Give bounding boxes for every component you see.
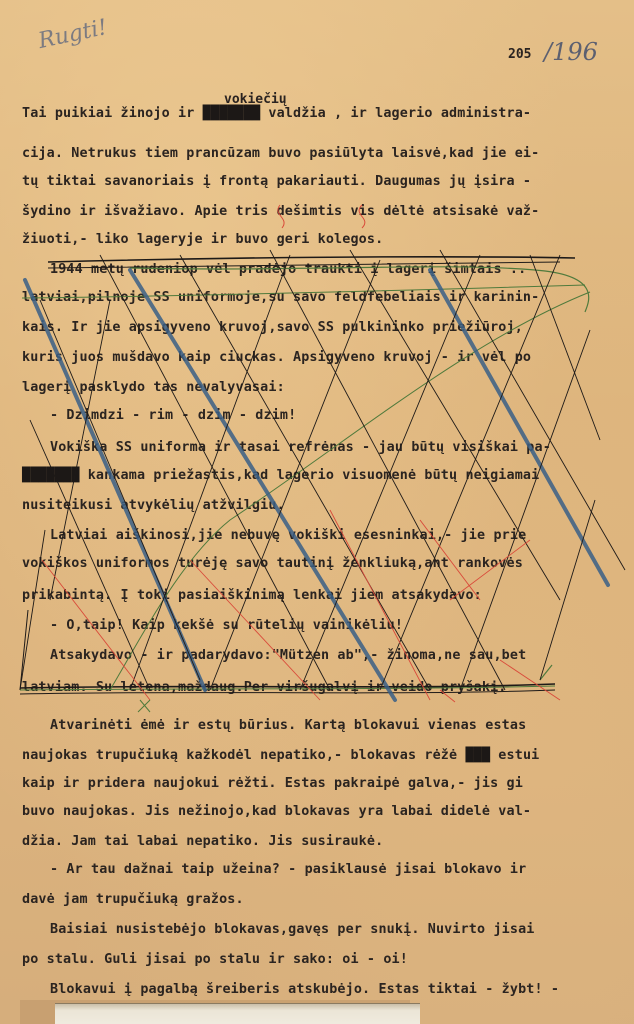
line-text: naujokas trupučiuką kažkodėl nepatiko,- …	[22, 748, 465, 763]
typed-line: džia. Jam tai labai nepatiko. Jis susira…	[22, 834, 383, 849]
typed-line: Atvarinėti ėmė ir estų būrius. Kartą blo…	[50, 718, 526, 733]
typed-line: Latviai aiškinosi,jie nebuvę vokiški ese…	[50, 528, 526, 543]
line-text: Tai puikiai žinojo ir	[22, 106, 203, 121]
line-text: Baisiai nusistebėjo blokavas,gavęs per s…	[50, 922, 535, 937]
line-text: lagerį pasklydo tas nevalyvasai:	[22, 380, 285, 395]
typed-line: cija. Netrukus tiem prancūzam buvo pasiū…	[22, 146, 539, 161]
typed-line: naujokas trupučiuką kažkodėl nepatiko,- …	[22, 748, 539, 763]
line-text: Atsakydavo - ir padarydavo:"Mützen ab",-…	[50, 648, 526, 663]
typed-line: kaip ir pridera naujokui rėžti. Estas pa…	[22, 776, 523, 791]
scanned-document-page: Rugti! 205 /196 vokiečių Tai puikiai žin…	[0, 0, 634, 1024]
typed-line: kais. Ir jie apsigyveno kruvoj,savo SS p…	[22, 320, 523, 335]
line-text-continued: kankama priežastis,kad lagerio visuomenė…	[79, 468, 539, 483]
typed-line: vokiškos uniformos turėję savo tautinį ž…	[22, 556, 523, 571]
line-text: po stalu. Guli jisai po stalu ir sako: o…	[22, 952, 408, 967]
typed-line: šydino ir išvažiavo. Apie tris dešimtis …	[22, 204, 539, 219]
line-text: vokiškos uniformos turėję savo tautinį ž…	[22, 556, 523, 571]
typed-line: - Dzimdzi - rim - dzim - dzim!	[50, 408, 296, 423]
line-text: latviam. Su letena,maždaug.Per viršugalv…	[22, 680, 507, 695]
line-text-continued: estui	[490, 748, 539, 763]
struck-out-word: ███	[465, 748, 490, 763]
typed-line: prikabintą. Į tokį pasiaiškinimą lenkai …	[22, 588, 482, 603]
line-text: Latviai aiškinosi,jie nebuvę vokiški ese…	[50, 528, 526, 543]
typed-line: Blokavui į pagalbą šreiberis atskubėjo. …	[50, 982, 559, 997]
line-text: džia. Jam tai labai nepatiko. Jis susira…	[22, 834, 383, 849]
typed-insertion: vokiečių	[224, 92, 287, 107]
line-text: - O,taip! Kaip kekšė su rūtelių vainikėl…	[50, 618, 403, 633]
line-text: buvo naujokas. Jis nežinojo,kad blokavas…	[22, 804, 531, 819]
typed-line: 1944 metų rudeniop vėl pradėjo traukti į…	[50, 262, 526, 277]
line-text: Atvarinėti ėmė ir estų būrius. Kartą blo…	[50, 718, 526, 733]
typed-line: - Ar tau dažnai taip užeina? - pasiklaus…	[50, 862, 526, 877]
line-text: žiuoti,- liko lageryje ir buvo geri kole…	[22, 232, 383, 247]
line-text: latviai,pilnoje SS uniformoje,su savo fe…	[22, 290, 539, 305]
typed-line: latviam. Su letena,maždaug.Per viršugalv…	[22, 680, 507, 695]
handwritten-note: Rugti!	[36, 15, 109, 54]
typed-line: - O,taip! Kaip kekšė su rūtelių vainikėl…	[50, 618, 403, 633]
typed-page-number: 205	[508, 47, 531, 62]
line-text: Blokavui į pagalbą šreiberis atskubėjo. …	[50, 982, 559, 997]
line-text: kaip ir pridera naujokui rėžti. Estas pa…	[22, 776, 523, 791]
typed-line: davė jam trupučiuką gražos.	[22, 892, 244, 907]
line-text: 1944 metų rudeniop vėl pradėjo traukti į…	[50, 262, 526, 277]
typed-line: ███████ kankama priežastis,kad lagerio v…	[22, 468, 539, 483]
line-text: Vokiška SS uniforma ir tasai refrėnas - …	[50, 440, 551, 455]
typed-line: Baisiai nusistebėjo blokavas,gavęs per s…	[50, 922, 535, 937]
typed-line: buvo naujokas. Jis nežinojo,kad blokavas…	[22, 804, 531, 819]
line-text: kais. Ir jie apsigyveno kruvoj,savo SS p…	[22, 320, 523, 335]
attached-paper-slip	[55, 1003, 420, 1024]
line-text: kuris juos mušdavo kaip ciuckas. Apsigyv…	[22, 350, 531, 365]
line-text: - Ar tau dažnai taip užeina? - pasiklaus…	[50, 862, 526, 877]
line-text: prikabintą. Į tokį pasiaiškinimą lenkai …	[22, 588, 482, 603]
typed-line: latviai,pilnoje SS uniformoje,su savo fe…	[22, 290, 539, 305]
handwritten-page-number: /196	[544, 38, 598, 66]
typed-line: lagerį pasklydo tas nevalyvasai:	[22, 380, 285, 395]
typed-line: žiuoti,- liko lageryje ir buvo geri kole…	[22, 232, 383, 247]
struck-out-word: ███████	[203, 106, 260, 121]
typed-line: Atsakydavo - ir padarydavo:"Mützen ab",-…	[50, 648, 526, 663]
line-text: tų tiktai savanoriais į frontą pakariaut…	[22, 174, 531, 189]
line-text: davė jam trupučiuką gražos.	[22, 892, 244, 907]
typed-line: nusiteikusi atvykėlių atžvilgiu.	[22, 498, 285, 513]
line-text-continued: valdžia , ir lagerio administra-	[260, 106, 531, 121]
line-text: - Dzimdzi - rim - dzim - dzim!	[50, 408, 296, 423]
line-text: cija. Netrukus tiem prancūzam buvo pasiū…	[22, 146, 539, 161]
typed-line: po stalu. Guli jisai po stalu ir sako: o…	[22, 952, 408, 967]
typed-line: Tai puikiai žinojo ir ███████ valdžia , …	[22, 106, 531, 121]
line-text: šydino ir išvažiavo. Apie tris dešimtis …	[22, 204, 539, 219]
line-text: nusiteikusi atvykėlių atžvilgiu.	[22, 498, 285, 513]
typed-line: kuris juos mušdavo kaip ciuckas. Apsigyv…	[22, 350, 531, 365]
struck-out-word: ███████	[22, 468, 79, 483]
typed-line: Vokiška SS uniforma ir tasai refrėnas - …	[50, 440, 551, 455]
typed-line: tų tiktai savanoriais į frontą pakariaut…	[22, 174, 531, 189]
